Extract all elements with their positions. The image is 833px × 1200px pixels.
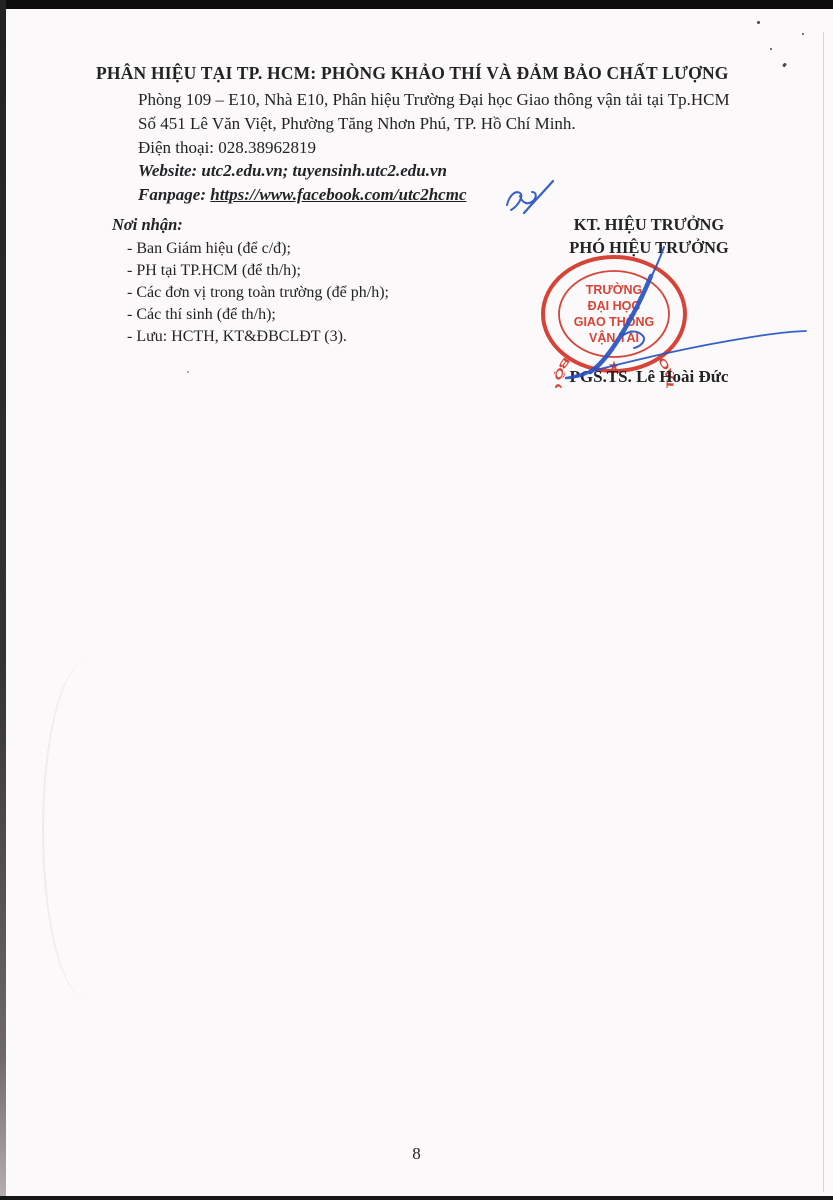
signer-name: PGS.TS. Lê Hoài Đức — [543, 367, 755, 387]
recipient-item: - Ban Giám hiệu (để c/đ); — [127, 238, 389, 260]
page-fold-line — [823, 32, 824, 1192]
page-number: 8 — [0, 1144, 833, 1164]
initials-mark — [520, 192, 536, 203]
recipient-item: - Lưu: HCTH, KT&ĐBCLĐT (3). — [127, 326, 389, 348]
signature-title-line-1: KT. HIỆU TRƯỞNG — [543, 213, 755, 236]
ink-showthrough — [42, 660, 134, 1000]
recipient-item: - Các thí sinh (để th/h); — [127, 304, 389, 326]
fanpage-label: Fanpage: — [138, 185, 210, 204]
stamp-center-line-2: ĐẠI HỌC — [588, 299, 641, 313]
initials-check-mark — [524, 181, 553, 213]
website-value: utc2.edu.vn; tuyensinh.utc2.edu.vn — [201, 161, 447, 180]
website-line: Website: utc2.edu.vn; tuyensinh.utc2.edu… — [138, 161, 447, 181]
initials-mark — [507, 192, 521, 210]
scan-edge-left — [0, 0, 6, 1200]
stamp-center-line-4: VẬN TẢI — [589, 330, 639, 345]
scan-speck — [187, 371, 189, 373]
address-line-1: Phòng 109 – E10, Nhà E10, Phân hiệu Trườ… — [138, 90, 730, 110]
address-line-2: Số 451 Lê Văn Việt, Phường Tăng Nhơn Phú… — [138, 114, 576, 134]
phone-line: Điện thoại: 028.38962819 — [138, 138, 316, 158]
stamp-center-line-3: GIAO THÔNG — [574, 314, 655, 329]
recipients-heading: Nơi nhận: — [112, 215, 183, 235]
scan-edge-top — [0, 0, 833, 9]
scanned-document-page: PHÂN HIỆU TẠI TP. HCM: PHÒNG KHẢO THÍ VÀ… — [0, 0, 833, 1200]
website-label: Website: — [138, 161, 201, 180]
signature-titles: KT. HIỆU TRƯỞNG PHÓ HIỆU TRƯỞNG — [543, 213, 755, 259]
stamp-center-line-1: TRƯỜNG — [586, 282, 642, 297]
recipient-item: - Các đơn vị trong toàn trường (để ph/h)… — [127, 282, 389, 304]
scan-edge-bottom — [0, 1196, 833, 1200]
fanpage-url: https://www.facebook.com/utc2hcmc — [210, 185, 466, 204]
fanpage-line: Fanpage: https://www.facebook.com/utc2hc… — [138, 185, 467, 205]
stamp-outer-ring — [543, 257, 685, 371]
signature-title-line-2: PHÓ HIỆU TRƯỞNG — [543, 236, 755, 259]
scan-speck — [782, 63, 787, 68]
scan-speck — [770, 48, 772, 50]
scan-speck — [802, 33, 804, 35]
department-title: PHÂN HIỆU TẠI TP. HCM: PHÒNG KHẢO THÍ VÀ… — [96, 63, 729, 84]
recipient-item: - PH tại TP.HCM (để th/h); — [127, 260, 389, 282]
scan-speck — [757, 21, 760, 24]
recipients-list: - Ban Giám hiệu (để c/đ); - PH tại TP.HC… — [127, 238, 389, 348]
